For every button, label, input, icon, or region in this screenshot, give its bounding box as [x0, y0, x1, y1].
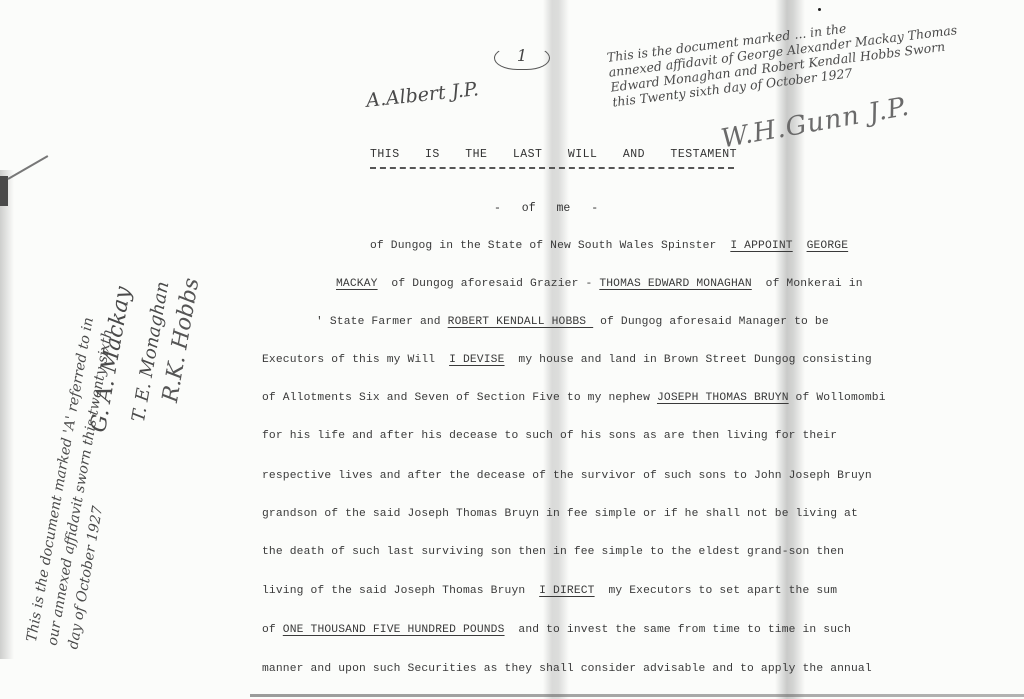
- margin-note: This is the document marked 'A' referred…: [22, 316, 141, 651]
- text-run: living of the said Joseph Thomas Bruyn: [262, 585, 539, 597]
- text-run: of Allotments Six and Seven of Section F…: [262, 392, 657, 404]
- underlined-term: GEORGE: [807, 240, 849, 252]
- will-text-line: of Dungog in the State of New South Wale…: [370, 240, 848, 252]
- text-run: grandson of the said Joseph Thomas Bruyn…: [262, 508, 858, 520]
- will-text-line: of Allotments Six and Seven of Section F…: [262, 392, 886, 404]
- corner-mark: [0, 176, 8, 206]
- will-text-line: Executors of this my Will I DEVISE my ho…: [262, 354, 872, 366]
- affidavit-annotation: This is the document marked ... in thean…: [606, 7, 962, 109]
- text-run: my Executors to set apart the sum: [595, 585, 838, 597]
- will-text-line: of ONE THOUSAND FIVE HUNDRED POUNDS and …: [262, 624, 851, 636]
- underlined-term: I DIRECT: [539, 585, 594, 597]
- will-text-line: for his life and after his decease to su…: [262, 430, 837, 442]
- text-run: Executors of this my Will: [262, 354, 449, 366]
- underlined-term: I DEVISE: [449, 354, 504, 366]
- text-run: ' State Farmer and: [316, 316, 448, 328]
- text-run: of Wollomombi: [789, 392, 886, 404]
- document-page: A.Albert J.P. 1 This is the document mar…: [0, 0, 1024, 699]
- text-run: respective lives and after the decease o…: [262, 470, 872, 482]
- will-text-line: manner and upon such Securities as they …: [262, 663, 872, 675]
- document-subtitle: - of me -: [494, 202, 598, 215]
- will-text-line: respective lives and after the decease o…: [262, 470, 872, 482]
- underlined-term: I APPOINT: [730, 240, 792, 252]
- text-run: for his life and after his decease to su…: [262, 430, 837, 442]
- will-text-line: MACKAY of Dungog aforesaid Grazier - THO…: [336, 278, 863, 290]
- will-text-line: grandson of the said Joseph Thomas Bruyn…: [262, 508, 858, 520]
- text-run: of Monkerai in: [752, 278, 863, 290]
- underlined-term: THOMAS EDWARD MONAGHAN: [599, 278, 751, 290]
- speck: [818, 8, 821, 11]
- will-text-line: the death of such last surviving son the…: [262, 546, 844, 558]
- document-title: THIS IS THE LAST WILL AND TESTAMENT: [370, 148, 737, 161]
- underlined-term: ROBERT KENDALL HOBBS: [448, 316, 594, 328]
- jp-signature: W.H.Gunn J.P.: [719, 92, 912, 155]
- corner-fold-line: [8, 155, 49, 180]
- text-run: [793, 240, 807, 252]
- underlined-term: MACKAY: [336, 278, 378, 290]
- text-run: my house and land in Brown Street Dungog…: [505, 354, 872, 366]
- will-text-line: ' State Farmer and ROBERT KENDALL HOBBS …: [316, 316, 829, 328]
- text-run: manner and upon such Securities as they …: [262, 663, 872, 675]
- jp-annotation: A.Albert J.P.: [365, 78, 480, 112]
- will-text-line: living of the said Joseph Thomas Bruyn I…: [262, 585, 837, 597]
- text-run: of Dungog in the State of New South Wale…: [370, 240, 730, 252]
- page-number: 1: [494, 46, 550, 70]
- text-run: and to invest the same from time to time…: [505, 624, 851, 636]
- text-run: the death of such last surviving son the…: [262, 546, 844, 558]
- copy-streak: [0, 170, 14, 659]
- text-run: of: [262, 624, 283, 636]
- page-bottom-edge: [250, 694, 1024, 697]
- text-run: of Dungog aforesaid Grazier -: [378, 278, 600, 290]
- underlined-term: JOSEPH THOMAS BRUYN: [657, 392, 789, 404]
- text-run: of Dungog aforesaid Manager to be: [593, 316, 829, 328]
- underlined-term: ONE THOUSAND FIVE HUNDRED POUNDS: [283, 624, 505, 636]
- title-underline: [370, 167, 734, 169]
